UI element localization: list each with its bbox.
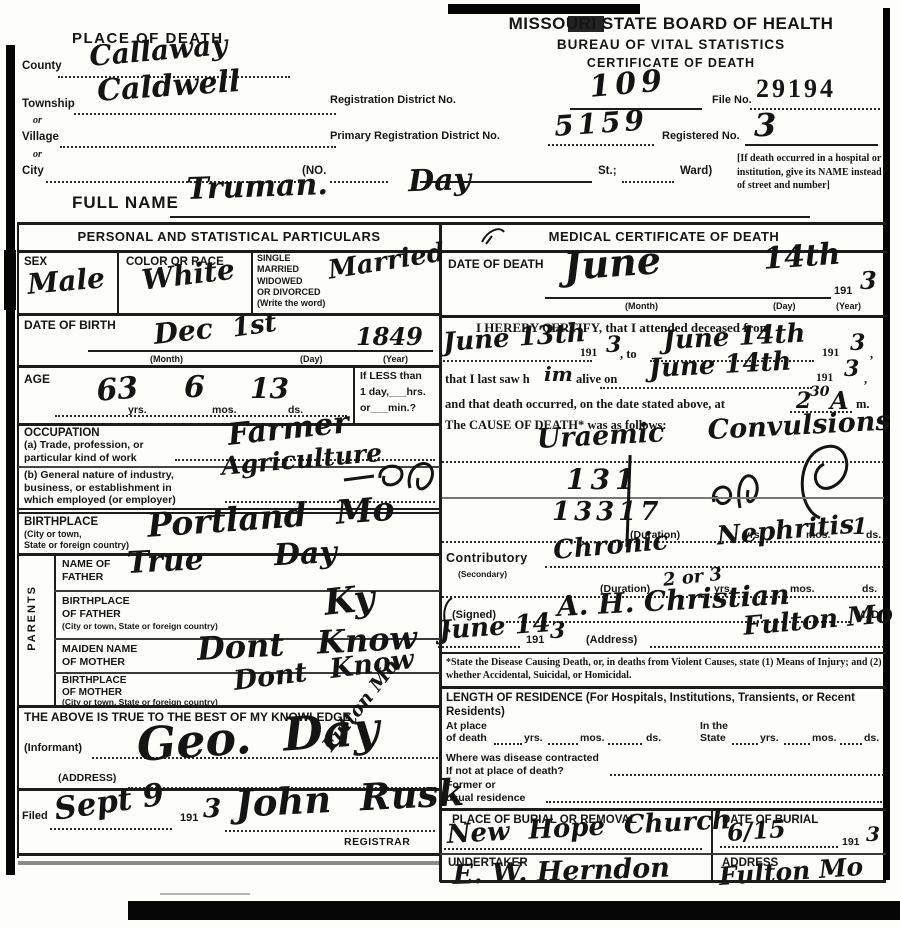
scan-edge-right — [883, 8, 890, 880]
divider — [440, 686, 886, 689]
file-no-value: 29194 — [756, 74, 836, 104]
mother-birthplace-label: BIRTHPLACE OF MOTHER — [62, 675, 126, 698]
divider — [18, 222, 886, 225]
age-days-value: 13 — [250, 372, 289, 405]
city-st-label: St.; — [598, 165, 617, 177]
comma: , — [870, 347, 873, 362]
filed-date-value: Sept 9 — [52, 777, 166, 828]
primary-registration-value: 5159 — [553, 103, 649, 142]
hospital-note: [If death occurred in a hospital or inst… — [737, 152, 887, 193]
burial-year-value: 3 — [866, 822, 880, 846]
occupation-a-label: (a) Trade, profession, or particular kin… — [24, 439, 144, 464]
dob-year-value: 1849 — [356, 322, 423, 351]
file-no-label: File No. — [712, 94, 752, 106]
city-ward-label: Ward) — [680, 165, 712, 177]
divider — [18, 853, 440, 856]
filed-label: Filed — [22, 810, 48, 822]
faint-print-artifact — [160, 893, 250, 895]
to-label: , to — [620, 347, 637, 362]
burial-place-value: New Hope Church — [446, 805, 732, 850]
occupation-label: OCCUPATION — [24, 427, 100, 439]
month-caption: (Month) — [150, 354, 183, 364]
township-value: Caldwell — [96, 64, 241, 109]
last-saw-post: alive on — [576, 372, 617, 387]
dod-label: DATE OF DEATH — [448, 257, 544, 271]
signed-year-printed: 191 — [526, 634, 544, 646]
divider — [440, 315, 886, 318]
scan-blob-left — [4, 250, 16, 310]
ink-scribble — [478, 224, 508, 246]
divider — [251, 250, 253, 313]
divider — [600, 387, 812, 389]
divider — [650, 646, 884, 648]
burial-date-value: 6/15 — [726, 814, 787, 847]
divider — [494, 743, 522, 745]
divider — [54, 590, 440, 592]
county-label: County — [22, 60, 62, 72]
yrs-label: yrs. — [524, 732, 543, 744]
divider — [442, 497, 884, 499]
day-caption: (Day) — [300, 354, 323, 364]
birthplace-sub-label: (City or town, State or foreign country) — [24, 529, 129, 552]
signed-address-label: (Address) — [586, 634, 637, 646]
ds-label: ds. — [862, 583, 877, 595]
divider — [117, 250, 119, 313]
mos-label: mos. — [790, 583, 815, 595]
cause-code-2: 13317 — [552, 497, 662, 527]
comma: , — [864, 372, 867, 387]
registrar-signature: John Rusk — [234, 770, 465, 826]
scan-streak — [18, 861, 440, 865]
father-birthplace-sub-label: (City or town, State or foreign country) — [62, 621, 218, 631]
divider — [17, 222, 19, 858]
village-label: Village — [22, 131, 59, 143]
dob-day-value: 1st — [230, 308, 278, 344]
ds-label: ds. — [646, 732, 661, 744]
divider — [545, 297, 831, 299]
filed-year-printed: 191 — [180, 812, 198, 824]
ds-label: ds. — [866, 529, 881, 541]
in-state-label-1: In the — [700, 720, 728, 732]
divider — [548, 144, 654, 146]
death-minutes-value: 30 — [810, 384, 829, 400]
sex-value: Male — [26, 261, 106, 301]
dod-year-printed: 191 — [834, 285, 852, 297]
birthplace-label: BIRTHPLACE — [24, 516, 98, 528]
mos-label: mos. — [580, 732, 605, 744]
or-label: or — [33, 115, 42, 126]
last-saw-date: June 14th — [648, 347, 792, 384]
registered-no-value: 3 — [754, 106, 776, 144]
scan-edge-left — [6, 45, 15, 875]
primary-registration-label: Primary Registration District No. — [330, 130, 500, 142]
board-title: MISSOURI STATE BOARD OF HEALTH — [460, 14, 882, 34]
dod-day-value: 14th — [762, 237, 842, 277]
father-name-label: NAME OF FATHER — [62, 558, 110, 583]
or-label: or — [33, 149, 42, 160]
scan-smudge-top — [448, 4, 640, 14]
registration-district-value: 109 — [588, 63, 668, 105]
divider — [546, 801, 882, 803]
divider — [170, 216, 810, 218]
divider — [622, 181, 674, 183]
divider — [60, 146, 336, 148]
dob-label: DATE OF BIRTH — [24, 318, 116, 332]
cause-footnote: *State the Disease Causing Death, or, in… — [446, 656, 882, 682]
informant-label: (Informant) — [24, 742, 82, 754]
divider — [440, 880, 886, 883]
former-residence-label: Former or usual residence — [446, 779, 525, 804]
mother-name-label: MAIDEN NAME OF MOTHER — [62, 643, 137, 668]
divider — [50, 828, 172, 830]
disease-contracted-label: Where was disease contracted If not at p… — [446, 752, 599, 777]
age-months-value: 6 — [184, 370, 205, 405]
certificate-title: CERTIFICATE OF DEATH — [460, 56, 882, 70]
contributory-label: Contributory — [446, 551, 528, 565]
personal-section-title: PERSONAL AND STATISTICAL PARTICULARS — [18, 229, 440, 244]
divider — [732, 743, 758, 745]
divider — [784, 743, 810, 745]
residence-title: LENGTH OF RESIDENCE (For Hospitals, Inst… — [446, 691, 882, 720]
township-label: Township — [22, 98, 75, 110]
divider — [18, 365, 440, 368]
bureau-title: BUREAU OF VITAL STATISTICS — [460, 37, 882, 52]
year-printed: 191 — [822, 347, 839, 359]
marital-value: Married — [326, 238, 447, 286]
dod-year-value: 3 — [860, 266, 877, 295]
divider — [608, 743, 642, 745]
year-printed: 191 — [580, 347, 597, 359]
divider — [720, 846, 838, 848]
dod-month-value: June — [562, 237, 662, 289]
death-occurred-text: and that death occurred, on the date sta… — [445, 397, 725, 412]
divider — [225, 830, 435, 832]
dob-month-value: Dec — [152, 312, 214, 351]
registration-district-label: Registration District No. — [330, 94, 456, 106]
year-caption: (Year) — [383, 354, 408, 364]
divider — [353, 365, 355, 423]
occupation-b-label: (b) General nature of industry, business… — [24, 469, 176, 507]
undertaker-signature: E. W. Herndon — [452, 852, 670, 891]
divider — [54, 553, 56, 705]
attended-from-date: June 13th — [442, 318, 587, 358]
at-place-label-2: of death — [446, 732, 487, 744]
divider — [438, 646, 520, 648]
age-label: AGE — [24, 372, 50, 386]
parents-label: PARENTS — [26, 585, 38, 651]
city-label: City — [22, 165, 44, 177]
father-birthplace-value: Ky — [322, 577, 377, 624]
ds-label: ds. — [864, 732, 879, 744]
birthplace-value: Portland Mo — [146, 489, 396, 545]
in-state-label-2: State — [700, 732, 726, 744]
mos-label: mos. — [812, 732, 837, 744]
last-saw-pronoun: im — [544, 362, 573, 386]
divider — [440, 652, 886, 654]
registrar-label: REGISTRAR — [344, 836, 410, 848]
year-printed: 191 — [816, 372, 833, 384]
informant-address-label: (ADDRESS) — [58, 772, 116, 784]
last-saw-pre: that I last saw h — [445, 372, 530, 387]
burial-year-printed: 191 — [842, 836, 860, 848]
day-caption: (Day) — [773, 301, 796, 311]
age-less-than-note: If LESS than 1 day,___hrs. or___min.? — [360, 369, 426, 416]
divider — [74, 113, 336, 115]
month-caption: (Month) — [625, 301, 658, 311]
divider — [444, 848, 702, 850]
divider — [745, 144, 878, 146]
full-name-label: FULL NAME — [72, 193, 179, 213]
filed-year-value: 3 — [203, 794, 221, 824]
signed-year-value: 3 — [550, 618, 565, 644]
at-place-label-1: At place — [446, 720, 487, 732]
yrs-label: yrs. — [760, 732, 779, 744]
scan-edge-bottom — [128, 901, 900, 920]
full-name-value: Truman. Day — [186, 162, 472, 207]
last-saw-year: 3 — [844, 356, 859, 382]
secondary-label: (Secondary) — [458, 569, 507, 579]
father-birthplace-label: BIRTHPLACE OF FATHER — [62, 595, 130, 620]
marital-label: SINGLE MARRIED WIDOWED OR DIVORCED (Writ… — [257, 253, 325, 309]
divider — [840, 743, 862, 745]
divider — [610, 774, 884, 776]
registered-no-label: Registered No. — [662, 130, 740, 142]
divider — [548, 743, 578, 745]
attended-to-year: 3 — [850, 330, 865, 356]
year-caption: (Year) — [836, 301, 861, 311]
death-certificate-scan: PLACE OF DEATH County Callaway Township … — [0, 0, 900, 928]
